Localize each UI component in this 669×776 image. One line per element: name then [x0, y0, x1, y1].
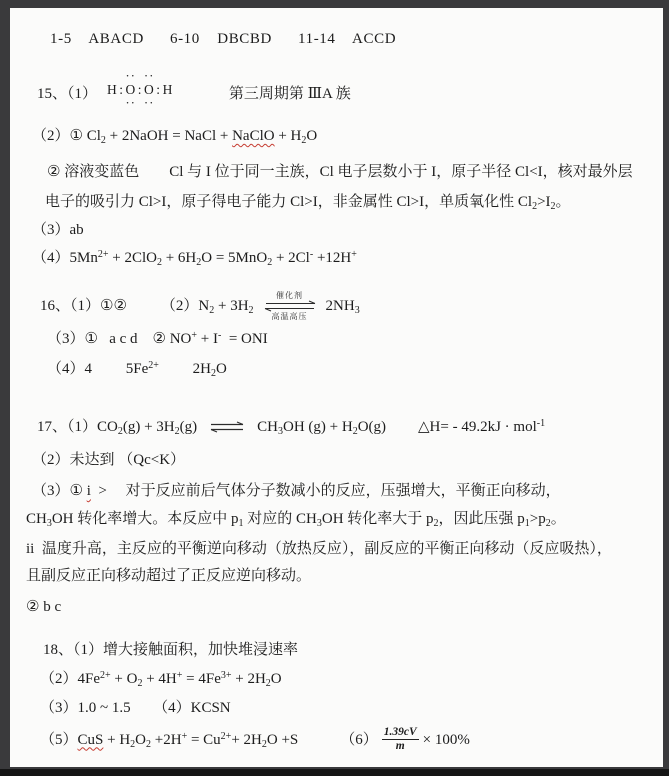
lewis-atom-h: H	[106, 80, 118, 100]
q18-part6-label: （6）	[340, 730, 378, 750]
lewis-structure-h2o2: H:O:O:H	[106, 80, 174, 100]
reversible-reaction-conditions: 催化剂 高温高压	[261, 291, 319, 321]
q15-part2-equation: （2）① Cl2 + 2NaOH = NaCl + NaClO + H2O	[32, 126, 317, 146]
document-page: 1-5 ABACD 6-10 DBCBD 11-14 ACCD 15、（1） H…	[10, 8, 663, 767]
equilibrium-arrow-icon	[209, 421, 245, 433]
q18-part6-tail: × 100%	[423, 730, 470, 750]
q16-part4-answer: （4）4 5Fe2+ 2H2O	[47, 359, 227, 379]
q17-part3-answer-4: 且副反应正向移动超过了正反应逆向移动。	[26, 566, 311, 586]
q16-part1-answer: 16、（1）①②	[40, 296, 127, 316]
fraction-denominator: m	[396, 740, 405, 753]
q17-part1-products: CH3OH (g) + H2O(g)	[257, 417, 386, 437]
q15-part2-explanation-2: 电子的吸引力 Cl>I，原子得电子能力 Cl>I，非金属性 Cl>I，单质氧化性…	[45, 192, 571, 212]
temperature-pressure-label: 高温高压	[272, 312, 308, 321]
lewis-atom-h: H	[162, 80, 174, 100]
q15-part4-equation: （4）5Mn2+ + 2ClO2 + 6H2O = 5MnO2 + 2Cl- +…	[32, 248, 357, 268]
q17-part3-answer-5: ② b c	[26, 597, 61, 617]
q17-part3-answer-1: （3）① i > 对于反应前后气体分子数减小的反应，压强增大，平衡正向移动，	[32, 481, 561, 501]
q18-part5-equation: （5）CuS + H2O2 +2H+ = Cu2++ 2H2O +S	[40, 730, 298, 750]
equilibrium-arrows-icon	[261, 300, 319, 312]
q16-part2-product: 2NH3	[326, 296, 360, 316]
q17-part3-answer-2: CH3OH 转化率增大。本反应中 p1 对应的 CH3OH 转化率大于 p2，因…	[26, 509, 566, 529]
q16-part1-2-line: 16、（1）①② （2）N2 + 3H2 催化剂 高温高压 2NH3	[40, 291, 360, 321]
lewis-atom-o: O	[143, 80, 155, 100]
q17-part3-answer-3: ii 温度升高，主反应的平衡逆向移动（放热反应），副反应的平衡正向移动（反应吸热…	[26, 539, 612, 559]
q17-part1-enthalpy: △H= - 49.2kJ · mol-1	[418, 417, 545, 437]
q15-part3-answer: （3）ab	[32, 220, 84, 240]
q16-part3-answer: （3）① a c d ② NO+ + I- = ONI	[47, 329, 268, 349]
q15-part2-explanation-1: ② 溶液变蓝色 Cl 与 I 位于同一主族，Cl 电子层数小于 I，原子半径 C…	[47, 162, 633, 182]
q15-part1-line: 15、（1） H:O:O:H 第三周期第 ⅢA 族	[37, 84, 351, 104]
lewis-atom-o: O	[125, 80, 137, 100]
q18-part2-equation: （2）4Fe2+ + O2 + 4H+ = 4Fe3+ + 2H2O	[40, 669, 282, 689]
q18-part6-fraction: 1.39cV m	[382, 726, 419, 753]
scanned-document-frame: 1-5 ABACD 6-10 DBCBD 11-14 ACCD 15、（1） H…	[0, 0, 669, 776]
q17-part1-reactants: 17、（1）CO2(g) + 3H2(g)	[37, 417, 197, 437]
fraction-numerator: 1.39cV	[382, 726, 419, 740]
q17-part2-answer: （2）未达到 （Qc<K）	[32, 450, 185, 470]
q17-part1-line: 17、（1）CO2(g) + 3H2(g) CH3OH (g) + H2O(g)…	[37, 417, 545, 437]
q16-part2-reactants: （2）N2 + 3H2	[161, 296, 254, 316]
q18-part5-6-line: （5）CuS + H2O2 +2H+ = Cu2++ 2H2O +S （6） 1…	[40, 726, 470, 753]
q15-part1-label: 15、（1）	[37, 84, 97, 104]
q15-part1-answer: 第三周期第 ⅢA 族	[229, 84, 351, 104]
q18-part1-answer: 18、（1）增大接触面积，加快堆浸速率	[43, 640, 298, 660]
catalyst-label: 催化剂	[276, 291, 303, 300]
scan-bottom-edge	[0, 769, 669, 776]
q18-part3-4-answers: （3）1.0 ~ 1.5 （4）KCSN	[40, 698, 231, 718]
multiple-choice-answers: 1-5 ABACD 6-10 DBCBD 11-14 ACCD	[50, 29, 396, 49]
